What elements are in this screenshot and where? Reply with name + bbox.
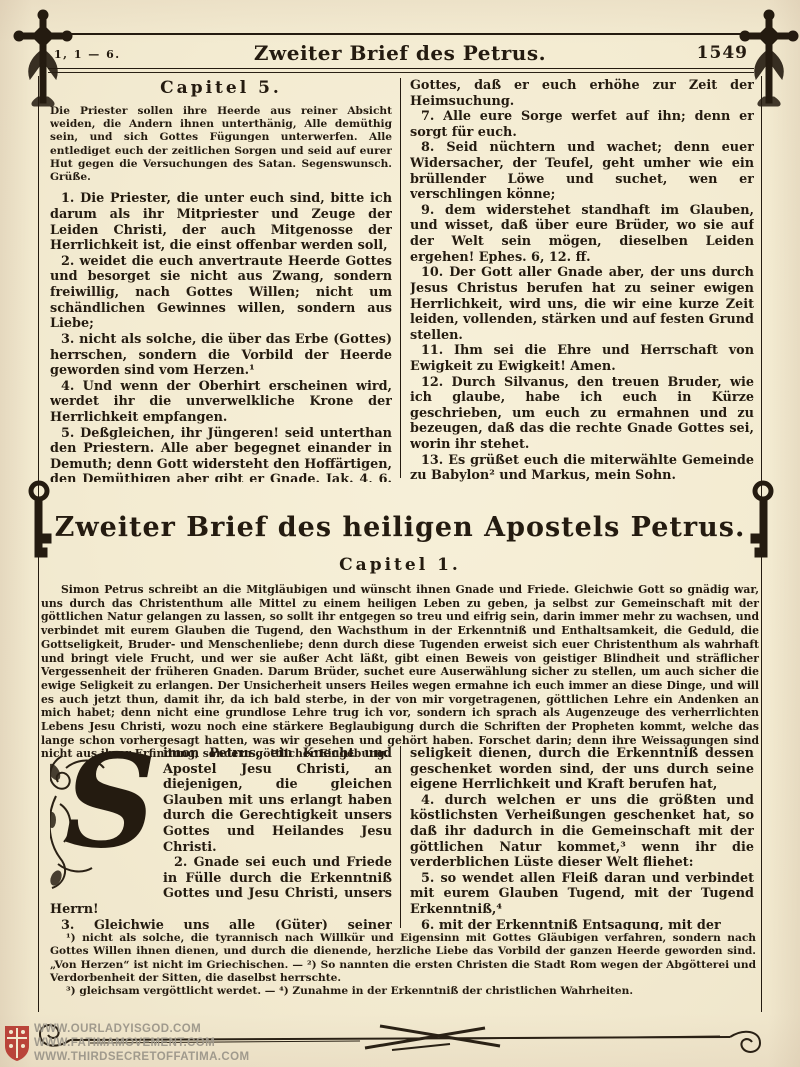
verse-5-2: 2. weidet die euch anvertraute Heerde Go… bbox=[50, 254, 392, 332]
verse-1-6: 6. mit der Erkenntniß Entsagung, mit der bbox=[410, 918, 754, 930]
top-rule bbox=[44, 33, 754, 35]
watermark-url-1: WWW.OURLADYISGOD.COM bbox=[34, 1022, 249, 1036]
book-title: Zweiter Brief des heiligen Apostels Petr… bbox=[0, 512, 800, 543]
running-title: Zweiter Brief des Petrus. bbox=[0, 41, 800, 65]
chapter1-left-column: S imon Petrus, ein Knecht und Apostel Je… bbox=[50, 746, 392, 930]
verse-5-7: 7. Alle eure Sorge werfet auf ihn; denn … bbox=[410, 109, 754, 140]
verse-5-5: 5. Deßgleichen, ihr Jüngeren! seid unter… bbox=[50, 426, 392, 482]
verse-5-13: 13. Es grüßet euch die miterwählte Gemei… bbox=[410, 453, 754, 482]
verse-5-6-continued: Gottes, daß er euch erhöhe zur Zeit der … bbox=[410, 78, 754, 109]
footnotes-block: ¹) nicht als solche, die tyrannisch nach… bbox=[50, 932, 756, 999]
verse-5-11: 11. Ihm sei die Ehre und Herrschaft von … bbox=[410, 343, 754, 374]
watermark-url-3: WWW.THIRDSECRETOFFATIMA.COM bbox=[34, 1050, 249, 1064]
verse-1-5: 5. so wendet allen Fleiß daran und verbi… bbox=[410, 871, 754, 918]
illuminated-initial: S bbox=[50, 746, 154, 888]
scanned-bible-page: 1, 1 — 6. Zweiter Brief des Petrus. 1549… bbox=[0, 0, 800, 1067]
chapter5-summary: Die Priester sollen ihre Heerde aus rein… bbox=[50, 105, 392, 184]
header-rule bbox=[48, 68, 754, 73]
watermark-url-2: WWW.FATIMAMOVEMENT.COM bbox=[34, 1036, 249, 1050]
chapter1-heading: Capitel 1. bbox=[0, 555, 800, 575]
column-divider-top bbox=[400, 78, 401, 478]
drop-cap-letter: S bbox=[64, 746, 156, 873]
verse-1-3-continued: seligkeit dienen, durch die Erkenntniß d… bbox=[410, 746, 754, 793]
column-divider-bottom bbox=[400, 746, 401, 928]
verse-5-8: 8. Seid nüchtern und wachet; denn euer W… bbox=[410, 140, 754, 202]
chapter5-left-column: Capitel 5. Die Priester sollen ihre Heer… bbox=[50, 78, 392, 482]
verse-5-4: 4. Und wenn der Oberhirt erscheinen wird… bbox=[50, 379, 392, 426]
verse-5-12: 12. Durch Silvanus, den treuen Bruder, w… bbox=[410, 375, 754, 453]
chapter1-introduction: Simon Petrus schreibt an die Mitgläubige… bbox=[41, 583, 759, 761]
watermark-urls: WWW.OURLADYISGOD.COM WWW.FATIMAMOVEMENT.… bbox=[34, 1022, 249, 1064]
chapter5-heading: Capitel 5. bbox=[50, 78, 392, 98]
verse-1-3: 3. Gleichwie uns alle (Güter) seiner göt… bbox=[50, 918, 392, 930]
footnote-1-2: ¹) nicht als solche, die tyrannisch nach… bbox=[50, 932, 756, 985]
verse-5-3: 3. nicht als solche, die über das Erbe (… bbox=[50, 332, 392, 379]
footnote-3-4: ³) gleichsam vergöttlicht werdet. — ⁴) Z… bbox=[50, 985, 756, 998]
verse-5-10: 10. Der Gott aller Gnade aber, der uns d… bbox=[410, 265, 754, 343]
verse-5-9: 9. dem widerstehet standhaft im Glauben,… bbox=[410, 203, 754, 265]
chapter1-right-column: seligkeit dienen, durch die Erkenntniß d… bbox=[410, 746, 754, 930]
crusader-shield-icon bbox=[4, 1024, 30, 1062]
verse-5-1: 1. Die Priester, die unter euch sind, bi… bbox=[50, 191, 392, 253]
chapter5-right-column: Gottes, daß er euch erhöhe zur Zeit der … bbox=[410, 78, 754, 482]
page-number: 1549 bbox=[697, 43, 748, 63]
verse-1-4: 4. durch welchen er uns die größten und … bbox=[410, 793, 754, 871]
